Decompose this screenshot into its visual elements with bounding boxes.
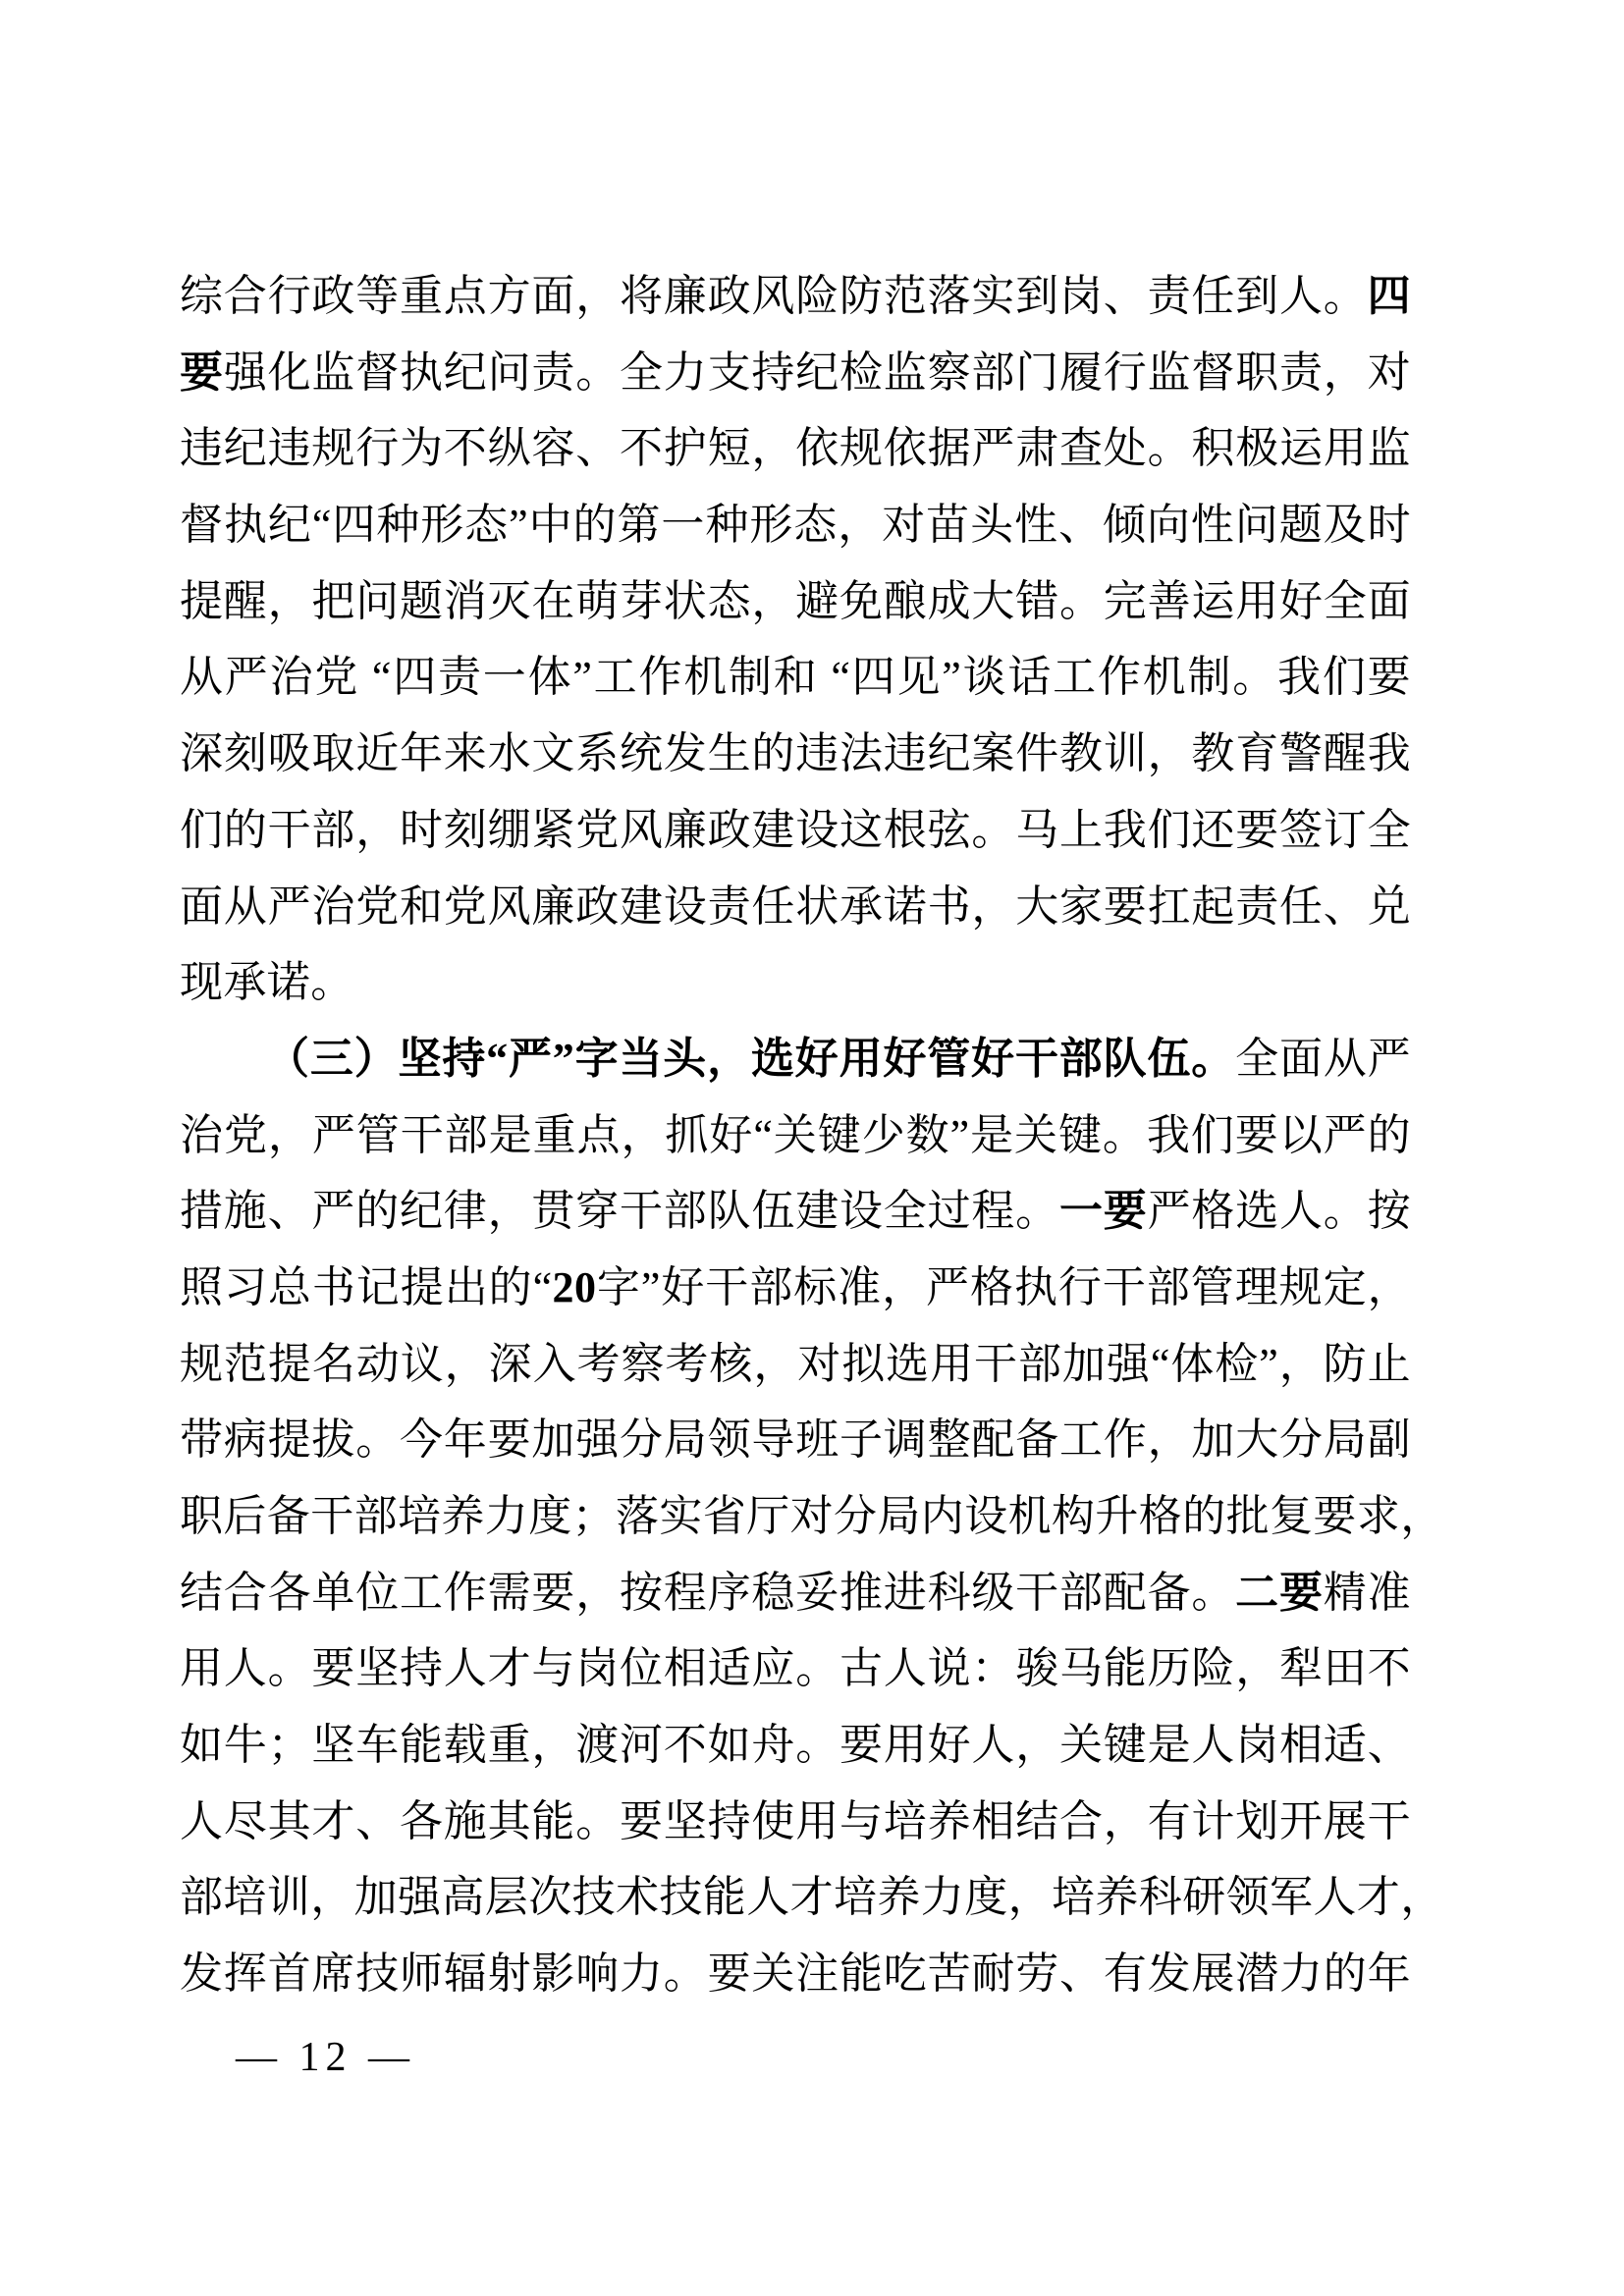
text-line: （三）坚持“严”字当头，选好用好管好干部队伍。全面从严 bbox=[180, 1021, 1411, 1097]
text-line: 规范提名动议，深入考察考核，对拟选用干部加强“体检”，防止 bbox=[180, 1326, 1411, 1403]
text-segment: 治党，严管干部是重点，抓好“关键少数”是关键。我们要以严的 bbox=[180, 1111, 1411, 1159]
text-line: 用人。要坚持人才与岗位相适应。古人说：骏马能历险，犁田不 bbox=[180, 1630, 1411, 1707]
text-line: 照习总书记提出的“20字”好干部标准，严格执行干部管理规定， bbox=[180, 1250, 1411, 1326]
text-line: 深刻吸取近年来水文系统发生的违法违纪案件教训，教育警醒我 bbox=[180, 716, 1411, 792]
bold-text-segment: （三）坚持“严”字当头，选好用好管好干部队伍。 bbox=[266, 1035, 1235, 1083]
text-line: 现承诺。 bbox=[180, 944, 1411, 1021]
bold-text-segment: 二要 bbox=[1235, 1569, 1324, 1617]
text-segment: 督执纪“四种形态”中的第一种形态，对苗头性、倾向性问题及时 bbox=[180, 501, 1411, 549]
text-segment: 如牛；坚车能载重，渡河不如舟。要用好人，关键是人岗相适、 bbox=[180, 1721, 1411, 1769]
text-line: 措施、严的纪律，贯穿干部队伍建设全过程。一要严格选人。按 bbox=[180, 1173, 1411, 1250]
text-line: 们的干部，时刻绷紧党风廉政建设这根弦。马上我们还要签订全 bbox=[180, 792, 1411, 869]
document-page: 综合行政等重点方面，将廉政风险防范落实到岗、责任到人。四要强化监督执纪问责。全力… bbox=[0, 0, 1624, 2296]
text-line: 治党，严管干部是重点，抓好“关键少数”是关键。我们要以严的 bbox=[180, 1097, 1411, 1174]
text-segment: 用人。要坚持人才与岗位相适应。古人说：骏马能历险，犁田不 bbox=[180, 1644, 1411, 1692]
text-line: 部培训，加强高层次技术技能人才培养力度，培养科研领军人才， bbox=[180, 1859, 1411, 1936]
text-line: 人尽其才、各施其能。要坚持使用与培养相结合，有计划开展干 bbox=[180, 1784, 1411, 1860]
bold-text-segment: 四 bbox=[1368, 272, 1411, 320]
text-segment: 结合各单位工作需要，按程序稳妥推进科级干部配备。 bbox=[180, 1569, 1235, 1617]
text-segment: 从严治党 “四责一体”工作机制和 “四见”谈话工作机制。我们要 bbox=[180, 653, 1411, 701]
text-segment: 们的干部，时刻绷紧党风廉政建设这根弦。马上我们还要签订全 bbox=[180, 806, 1411, 854]
text-line: 督执纪“四种形态”中的第一种形态，对苗头性、倾向性问题及时 bbox=[180, 487, 1411, 563]
text-segment: 精准 bbox=[1324, 1569, 1411, 1617]
text-segment: 发挥首席技师辐射影响力。要关注能吃苦耐劳、有发展潜力的年 bbox=[180, 1949, 1411, 1998]
text-line: 面从严治党和党风廉政建设责任状承诺书，大家要扛起责任、兑 bbox=[180, 869, 1411, 945]
text-line: 如牛；坚车能载重，渡河不如舟。要用好人，关键是人岗相适、 bbox=[180, 1707, 1411, 1784]
text-line: 从严治党 “四责一体”工作机制和 “四见”谈话工作机制。我们要 bbox=[180, 639, 1411, 716]
text-line: 职后备干部培养力度；落实省厅对分局内设机构升格的批复要求， bbox=[180, 1478, 1411, 1555]
text-segment: 人尽其才、各施其能。要坚持使用与培养相结合，有计划开展干 bbox=[180, 1797, 1411, 1845]
text-segment: 照习总书记提出的“ bbox=[180, 1263, 553, 1311]
bold-text-segment: 要 bbox=[180, 348, 224, 397]
text-segment: 严格选人。按 bbox=[1148, 1187, 1411, 1235]
text-segment: 综合行政等重点方面，将廉政风险防范落实到岗、责任到人。 bbox=[180, 272, 1368, 320]
text-segment: 提醒，把问题消灭在萌芽状态，避免酿成大错。完善运用好全面 bbox=[180, 577, 1411, 625]
text-segment: 规范提名动议，深入考察考核，对拟选用干部加强“体检”，防止 bbox=[180, 1340, 1411, 1388]
text-segment: 部培训，加强高层次技术技能人才培养力度，培养科研领军人才， bbox=[180, 1873, 1444, 1921]
text-segment: 带病提拔。今年要加强分局领导班子调整配备工作，加大分局副 bbox=[180, 1415, 1411, 1464]
text-segment: 深刻吸取近年来水文系统发生的违法违纪案件教训，教育警醒我 bbox=[180, 729, 1411, 777]
bold-text-segment: 一要 bbox=[1059, 1187, 1148, 1235]
text-line: 提醒，把问题消灭在萌芽状态，避免酿成大错。完善运用好全面 bbox=[180, 563, 1411, 640]
text-segment: 面从严治党和党风廉政建设责任状承诺书，大家要扛起责任、兑 bbox=[180, 882, 1411, 931]
text-segment: 职后备干部培养力度；落实省厅对分局内设机构升格的批复要求， bbox=[180, 1492, 1444, 1540]
text-line: 违纪违规行为不纵容、不护短，依规依据严肃查处。积极运用监 bbox=[180, 410, 1411, 487]
text-line: 带病提拔。今年要加强分局领导班子调整配备工作，加大分局副 bbox=[180, 1402, 1411, 1478]
page-number: — 12 — bbox=[236, 2032, 415, 2083]
text-segment: 强化监督执纪问责。全力支持纪检监察部门履行监督职责，对 bbox=[224, 348, 1411, 397]
text-segment: 违纪违规行为不纵容、不护短，依规依据严肃查处。积极运用监 bbox=[180, 424, 1411, 472]
text-block: 综合行政等重点方面，将廉政风险防范落实到岗、责任到人。四要强化监督执纪问责。全力… bbox=[180, 258, 1411, 2012]
text-segment: 字”好干部标准，严格执行干部管理规定， bbox=[596, 1263, 1411, 1311]
text-line: 要强化监督执纪问责。全力支持纪检监察部门履行监督职责，对 bbox=[180, 335, 1411, 411]
text-segment: 现承诺。 bbox=[180, 958, 354, 1006]
text-segment: 全面从严 bbox=[1235, 1035, 1411, 1083]
bold-text-segment: 20 bbox=[553, 1263, 597, 1311]
text-line: 发挥首席技师辐射影响力。要关注能吃苦耐劳、有发展潜力的年 bbox=[180, 1936, 1411, 2012]
text-segment: 措施、严的纪律，贯穿干部队伍建设全过程。 bbox=[180, 1187, 1059, 1235]
text-line: 综合行政等重点方面，将廉政风险防范落实到岗、责任到人。四 bbox=[180, 258, 1411, 335]
text-line: 结合各单位工作需要，按程序稳妥推进科级干部配备。二要精准 bbox=[180, 1555, 1411, 1631]
